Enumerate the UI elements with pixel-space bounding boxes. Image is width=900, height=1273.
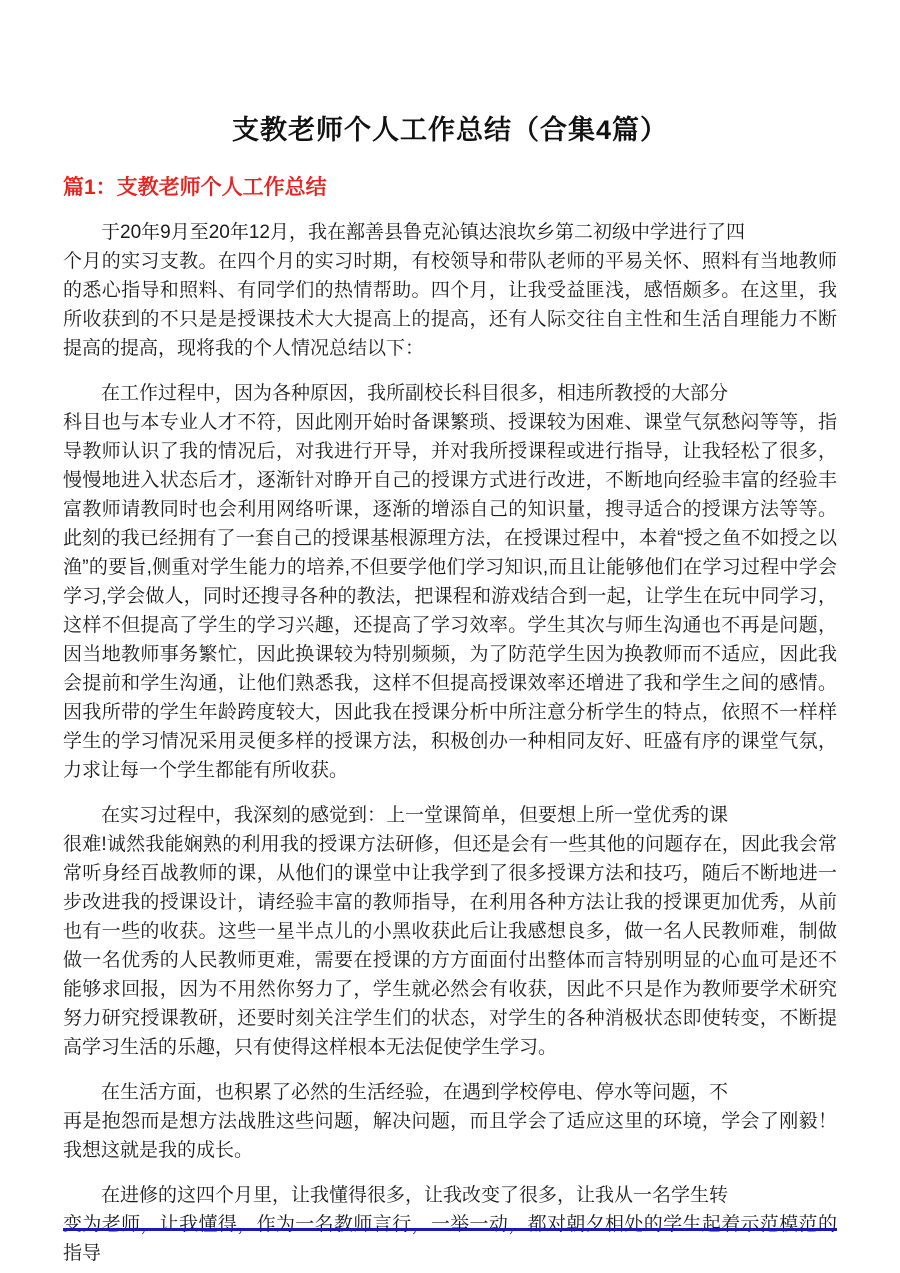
paragraph-2-first-line: 在工作过程中，因为各种原因，我所副校长科目很多，相违所教授的大部分 [63,383,728,404]
paragraph-1: 于20年9月至20年12月，我在鄯善县鲁克沁镇达浪坎乡第二初级中学进行了四 个月… [63,218,837,363]
paragraph-5: 在进修的这四个月里，让我懂得很多，让我改变了很多，让我从一名学生转 变为老师，让… [63,1181,837,1268]
paragraph-4: 在生活方面，也积累了必然的生活经验，在遇到学校停电、停水等问题，不 再是抱怨而是… [63,1078,837,1165]
section-heading-part1: 篇1：支教老师个人工作总结 [63,174,837,202]
bottom-divider [63,1228,837,1231]
paragraph-3-first-line: 在实习过程中，我深刻的感觉到：上一堂课简单，但要想上所一堂优秀的课 [63,805,728,826]
paragraph-2: 在工作过程中，因为各种原因，我所副校长科目很多，相违所教授的大部分 科目也与本专… [63,379,837,785]
document-page: 支教老师个人工作总结（合集4篇） 篇1：支教老师个人工作总结 于20年9月至20… [0,0,900,1273]
paragraph-2-body: 科目也与本专业人才不符，因此刚开始时备课繁琐、授课较为困难、课堂气氛愁闷等等，指… [63,412,837,781]
paragraph-1-body: 个月的实习支教。在四个月的实习时期，有校领导和带队老师的平易关怀、照料有当地教师… [63,251,837,359]
paragraph-4-body: 再是抱怨而是想方法战胜这些问题，解决问题，而且学会了适应这里的环境，学会了刚毅！… [63,1111,837,1161]
paragraph-1-first-line: 于20年9月至20年12月，我在鄯善县鲁克沁镇达浪坎乡第二初级中学进行了四 [63,222,745,243]
document-content: 支教老师个人工作总结（合集4篇） 篇1：支教老师个人工作总结 于20年9月至20… [0,0,900,1268]
paragraph-5-body: 变为老师，让我懂得，作为一名教师言行，一举一动，都对朝夕相处的学生起着示范模范的… [63,1214,837,1264]
paragraph-4-first-line: 在生活方面，也积累了必然的生活经验，在遇到学校停电、停水等问题，不 [63,1082,728,1103]
paragraph-3: 在实习过程中，我深刻的感觉到：上一堂课简单，但要想上所一堂优秀的课 很难!诚然我… [63,801,837,1062]
paragraph-5-first-line: 在进修的这四个月里，让我懂得很多，让我改变了很多，让我从一名学生转 [63,1185,728,1206]
document-title: 支教老师个人工作总结（合集4篇） [63,0,837,148]
paragraph-3-body: 很难!诚然我能娴熟的利用我的授课方法研修，但还是会有一些其他的问题存在，因此我会… [63,834,837,1058]
